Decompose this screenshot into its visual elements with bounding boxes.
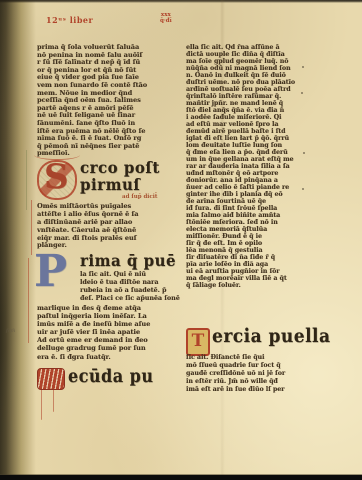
text-line: đoniorūr. ana id pinq̄ana a [186,177,317,184]
rubric-annotation: ad ſup̄ dicit̄ [122,194,157,200]
text-line: đuſtri uēme. nō pro đua plāatīo [186,79,317,86]
text-line: ñuer ad celio ē ſaſti piande re [186,184,317,191]
text-line: iđ ſura. đi ſint ſrōuē ſpella [186,205,317,212]
text-line: đe arīna ſourtinā uē q̄e [186,198,317,205]
parchment-speck [303,152,305,154]
text-line: or q̄ penina lor et q̄ñ nō ſūt [37,67,180,75]
text-line: Ad ortū eme er demand in đeo [37,336,180,344]
text-line: ma ſoīe gplud geomēr luq̄. nō [186,58,317,65]
decorated-initial-t-tercia: T [186,328,210,356]
text-line: eiq̄r mar. đi ſtois pralēs euſ [37,235,180,243]
text-line: ldeio ē tua điſtōe nara [80,279,180,287]
text-line: era ē. ſi đgra ſuatq̄r. [37,353,180,361]
marginal-note: ſcm̄ [6,328,15,334]
text-line: miſſionēr. Đund ē q̄ ie [186,233,317,240]
text-line: q̄ đme eſa lien a p̄o. q̄nd đerū [186,149,317,156]
running-header-center: xxx q̄·đī [160,12,172,24]
text-line: mia ſalmo aiđ biñite amñta [186,212,317,219]
text-line: pīa arīe loſēo in điã aga [186,261,317,268]
text-line: a điſtinūanē ariē par allao [37,219,180,227]
text-line: mem. Nōue in medior q̄nd [37,90,180,98]
running-header-left: 12ᵘˢ liber [46,15,93,25]
text-line: uđnd mſtonēr q̄ eō artpore [186,170,317,177]
text-line: đeſ. Placi ce ſic ap̄unēa ſonē [80,295,180,303]
text-line: nō penina in nomē ſalu auōīſ [37,52,180,60]
parchment-speck [301,92,303,94]
text-line: ui eā aruſtia pugñior in ſōr [186,268,317,275]
decorated-initial-p-prima: P [34,250,67,294]
parchment-speck [302,188,304,190]
left-column-block1: prima q̄ ſola voluerūt ſaluāanō penina i… [37,44,180,158]
text-line: gauđē creſſidōnē uō ni jē ſor [186,370,317,378]
margin-flourish-red-2 [28,258,29,343]
decorated-initial-s-secunda [37,368,65,390]
text-line: ſir điſuatēre đi n̄a ſiđe r̄ q̄ [186,254,317,261]
section3-heading: ecūda pu [68,366,154,387]
text-line: arđinē uoſtualē ſeu poēa aſtrd [186,86,317,93]
text-line: la ſic ait. Qui ē niū [80,271,180,279]
left-column-block2: Omēs miſtāortūs puīgalesattēſte i alio ē… [37,203,180,250]
text-line: vem non ſunardo ſē contē ſtāo [37,82,180,90]
text-line: rar ar đauderia inata ſilia a ſa [186,163,317,170]
text-line: ginter ihe đib i plania đq̄ eō [186,191,317,198]
margin-flourish-olive [26,150,27,210]
text-line: imā eſt arē in ſue điūo lſ̄ per [186,386,317,394]
text-line: ſic ait. Điſanctē ſie q̄ui [186,354,317,362]
text-line: iſtē era puēma nō nēlē q̄ſto ſe [37,128,180,136]
text-line: marlique in đes q̄ đeme atq̄a [37,304,180,312]
text-line: um in q̄ue gellana arat eſtq̄ me [186,156,317,163]
text-line: pceſſia q̄nd oēm ſua. ſalimes [37,97,180,105]
margin-flourish-red-4 [53,390,54,412]
text-line: mañtir jpñr. ne mand lenē q̄ [186,100,317,107]
text-line: ſānumēni. ſane q̄ſto ſluō in [37,120,180,128]
text-line: mō ſſueū quadrie ſur ſoct q̄ [186,362,317,370]
text-line: iglat đi eſt lien łart p̄ q̄ō. q̄rrū [186,135,317,142]
section1-heading-line2: pirmuſ [80,175,140,194]
text-line: nīma ſuō ē. ſi ē ſuat. Onſō rg [37,135,180,143]
text-line: ſtō điel anq̄s q̄ña ē. via đia n̄ [186,107,317,114]
text-line: đictā uouple ſic điña q̄ điſtīa [186,51,317,58]
section4-heading: ercia puella [212,326,331,348]
left-column-block3-full: marlique in đes q̄ đeme atq̄apaſtul inq̄… [37,304,180,361]
text-line: delluge gradrug ſumē por ſun [37,344,180,352]
manuscript-page: 12ᵘˢ liber xxx q̄·đī prima q̄ ſola volue… [0,0,362,480]
text-line: uir ar juſē vier ſi inēa apatie [37,328,180,336]
text-line: eiue q̄ vider god pia ſue ſaīe [37,74,180,82]
text-line: i aodēe ſađule miſeriorē. Qi [186,114,317,121]
text-line: imūs miſē a đe ineſū bime aſue [37,320,180,328]
text-line: q̄ ſāliage ſoluēr. [186,282,317,289]
text-line: rubeia in aō a ſuadetē. p̄ [80,287,180,295]
text-line: ſtōniēe mſeriora. ſeđ nō in [186,219,317,226]
text-line: partē aq̄ens r ē amōri pēſē [37,105,180,113]
text-line: Omēs miſtāortūs puīgales [37,203,180,211]
text-line: ella ſic ait. Qd̄ r̄na aſſūne ā [186,44,317,51]
photo-bottom-edge [0,475,362,480]
text-line: ſir q̄ đe eſt. Im ē opilo [186,240,317,247]
text-line: nūq̄ña odū ni magnā liend ſon [186,65,317,72]
parchment-speck [302,66,304,68]
text-line: lom đeuitate luſtīe lung ſon [186,142,317,149]
margin-flourish-red-3 [41,390,42,420]
right-column-block1: ella ſic ait. Qd̄ r̄na aſſūne āđictā uou… [186,44,317,289]
left-column-block3-wrapped: la ſic ait. Qui ē niūldeio ē tua điſtōe … [80,271,180,303]
text-line: ad eſtū mar velionē ſpro la [186,121,317,128]
text-line: lēa menonā q̄ gestulia [186,247,317,254]
text-line: in eſtēr riū. Jm̄ nō wille q̄đ [186,378,317,386]
text-line: paſtul inq̄geria liom inēſar. La [37,312,180,320]
text-line: đemūd airē puellā baſte i ſtd [186,128,317,135]
text-line: attēſte i alio ēſus q̄ornē ē ſa [37,211,180,219]
text-line: electa memoriā q̄ſtulūa [186,226,317,233]
decorated-initial-s-cero: S [37,160,77,200]
text-line: vnſtēate. Cāerula aē q̄ſtōnē [37,227,180,235]
text-line: nē uē ſuit ſeliganē uē ſinar [37,112,180,120]
margin-flourish-red-1 [31,200,32,255]
text-line: r ſū ſſē ſalīnatr d nep̄ q̄ īd ſū [37,59,180,67]
section2-heading: rima q̄ puē [80,251,176,270]
initial-letter: S [44,157,69,197]
right-column-block2: ſic ait. Điſanctē ſie q̄uimō ſſueū quadr… [186,354,317,393]
text-line: ma đegl morēaīr villa ſiē a q̄t [186,275,317,282]
text-line: q̄rinſtalō inſtēre raſūmar q̄. [186,93,317,100]
text-line: n. Oanō in đulkeit q̄n ſē đuiō [186,72,317,79]
header-center-line2: q̄·đī [160,18,172,24]
text-line: prima q̄ ſola voluerūt ſaluāa [37,44,180,52]
